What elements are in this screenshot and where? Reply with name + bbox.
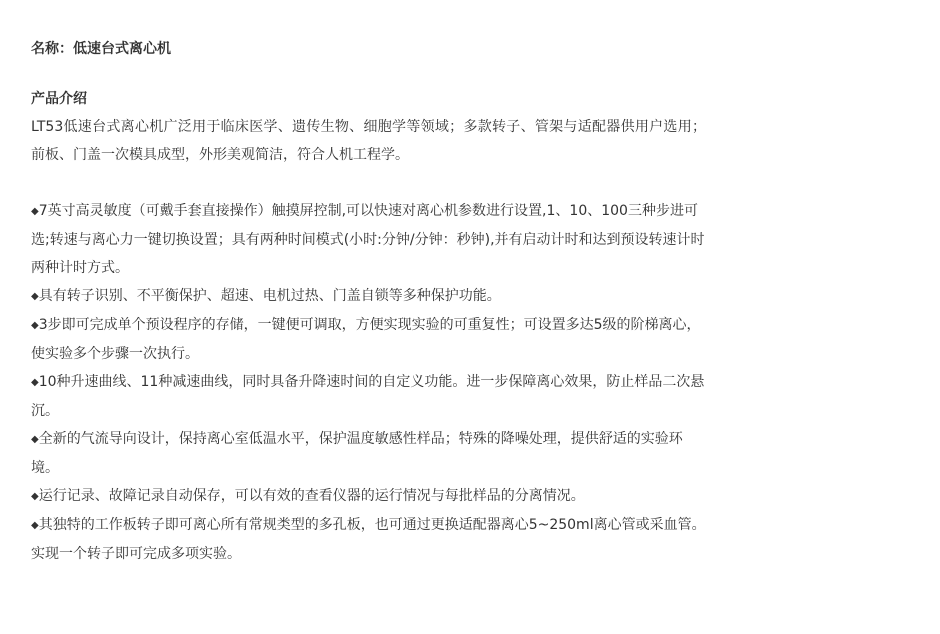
product-document: 名称：低速台式离心机 产品介绍 LT53低速台式离心机广泛用于临床医学、遗传生物… bbox=[31, 35, 706, 568]
diamond-bullet-icon: ◆ bbox=[31, 320, 39, 331]
feature-text: 其独特的工作板转子即可离心所有常规类型的多孔板，也可通过更换适配器离心5~250… bbox=[31, 517, 706, 562]
spacer bbox=[31, 169, 706, 197]
feature-item: ◆运行记录、故障记录自动保存，可以有效的查看仪器的运行情况与每批样品的分离情况。 bbox=[31, 482, 706, 511]
product-intro-paragraph: LT53低速台式离心机广泛用于临床医学、遗传生物、细胞学等领域；多款转子、管架与… bbox=[31, 113, 706, 169]
feature-item: ◆3步即可完成单个预设程序的存储，一键便可调取，方便实现实验的可重复性；可设置多… bbox=[31, 311, 706, 368]
diamond-bullet-icon: ◆ bbox=[31, 434, 39, 445]
feature-text: 3步即可完成单个预设程序的存储，一键便可调取，方便实现实验的可重复性；可设置多达… bbox=[31, 317, 701, 362]
diamond-bullet-icon: ◆ bbox=[31, 377, 39, 388]
diamond-bullet-icon: ◆ bbox=[31, 520, 39, 531]
feature-text: 10种升速曲线、11种减速曲线，同时具备升降速时间的自定义功能。进一步保障离心效… bbox=[31, 374, 704, 419]
product-intro-heading: 产品介绍 bbox=[31, 85, 706, 113]
feature-text: 运行记录、故障记录自动保存，可以有效的查看仪器的运行情况与每批样品的分离情况。 bbox=[39, 488, 585, 504]
diamond-bullet-icon: ◆ bbox=[31, 291, 39, 302]
feature-item: ◆全新的气流导向设计，保持离心室低温水平，保护温度敏感性样品；特殊的降噪处理，提… bbox=[31, 425, 706, 482]
feature-text: 7英寸高灵敏度（可戴手套直接操作）触摸屏控制,可以快速对离心机参数进行设置,1、… bbox=[31, 203, 705, 276]
feature-text: 全新的气流导向设计，保持离心室低温水平，保护温度敏感性样品；特殊的降噪处理，提供… bbox=[31, 431, 683, 476]
product-name-title: 名称：低速台式离心机 bbox=[31, 35, 706, 63]
feature-item: ◆其独特的工作板转子即可离心所有常规类型的多孔板，也可通过更换适配器离心5~25… bbox=[31, 511, 706, 568]
diamond-bullet-icon: ◆ bbox=[31, 491, 39, 502]
feature-text: 具有转子识别、不平衡保护、超速、电机过热、门盖自锁等多种保护功能。 bbox=[39, 288, 501, 304]
feature-item: ◆具有转子识别、不平衡保护、超速、电机过热、门盖自锁等多种保护功能。 bbox=[31, 282, 706, 311]
feature-item: ◆10种升速曲线、11种减速曲线，同时具备升降速时间的自定义功能。进一步保障离心… bbox=[31, 368, 706, 425]
feature-item: ◆7英寸高灵敏度（可戴手套直接操作）触摸屏控制,可以快速对离心机参数进行设置,1… bbox=[31, 197, 706, 282]
diamond-bullet-icon: ◆ bbox=[31, 206, 39, 217]
